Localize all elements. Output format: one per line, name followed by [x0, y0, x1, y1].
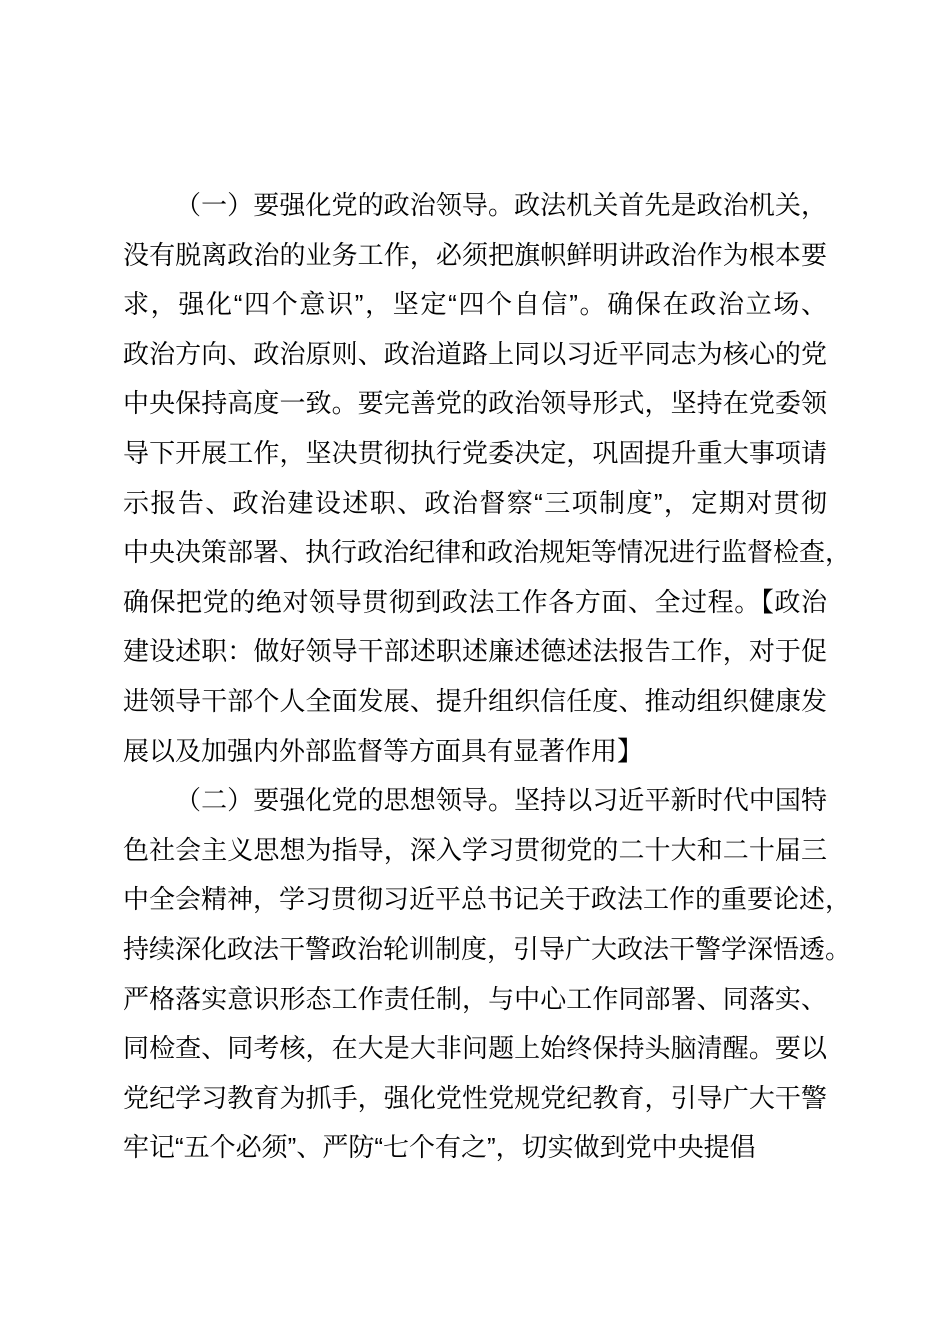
text-line: 同检查、同考核，在大是大非问题上始终保持头脑清醒。要以 — [123, 1024, 827, 1074]
text-line: 牢记“五个必须”、严防“七个有之”，切实做到党中央提倡 — [123, 1123, 827, 1173]
text-line: 中央决策部署、执行政治纪律和政治规矩等情况进行监督检查， — [123, 528, 827, 578]
text-line: 导下开展工作，坚决贯彻执行党委决定，巩固提升重大事项请 — [123, 429, 827, 479]
paragraph-1: （一）要强化党的政治领导。政法机关首先是政治机关， 没有脱离政治的业务工作，必须… — [123, 181, 827, 776]
text-line: 持续深化政法干警政治轮训制度，引导广大政法干警学深悟透。 — [123, 925, 827, 975]
text-line: （二）要强化党的思想领导。坚持以习近平新时代中国特 — [123, 776, 827, 826]
text-line: （一）要强化党的政治领导。政法机关首先是政治机关， — [123, 181, 827, 231]
text-line: 党纪学习教育为抓手，强化党性党规党纪教育，引导广大干警 — [123, 1074, 827, 1124]
document-page: （一）要强化党的政治领导。政法机关首先是政治机关， 没有脱离政治的业务工作，必须… — [0, 0, 950, 1344]
text-line: 进领导干部个人全面发展、提升组织信任度、推动组织健康发 — [123, 677, 827, 727]
text-line: 示报告、政治建设述职、政治督察“三项制度”，定期对贯彻 — [123, 479, 827, 529]
text-line: 确保把党的绝对领导贯彻到政法工作各方面、全过程。【政治 — [123, 578, 827, 628]
text-line: 建设述职：做好领导干部述职述廉述德述法报告工作，对于促 — [123, 627, 827, 677]
paragraph-2: （二）要强化党的思想领导。坚持以习近平新时代中国特 色社会主义思想为指导，深入学… — [123, 776, 827, 1173]
text-line: 求，强化“四个意识”，坚定“四个自信”。确保在政治立场、 — [123, 280, 827, 330]
text-line: 没有脱离政治的业务工作，必须把旗帜鲜明讲政治作为根本要 — [123, 231, 827, 281]
text-line: 政治方向、政治原则、政治道路上同以习近平同志为核心的党 — [123, 330, 827, 380]
text-line: 严格落实意识形态工作责任制，与中心工作同部署、同落实、 — [123, 975, 827, 1025]
text-line: 中全会精神，学习贯彻习近平总书记关于政法工作的重要论述， — [123, 875, 827, 925]
text-line: 中央保持高度一致。要完善党的政治领导形式，坚持在党委领 — [123, 379, 827, 429]
text-line: 展以及加强内外部监督等方面具有显著作用】 — [123, 727, 827, 777]
text-line: 色社会主义思想为指导，深入学习贯彻党的二十大和二十届三 — [123, 826, 827, 876]
